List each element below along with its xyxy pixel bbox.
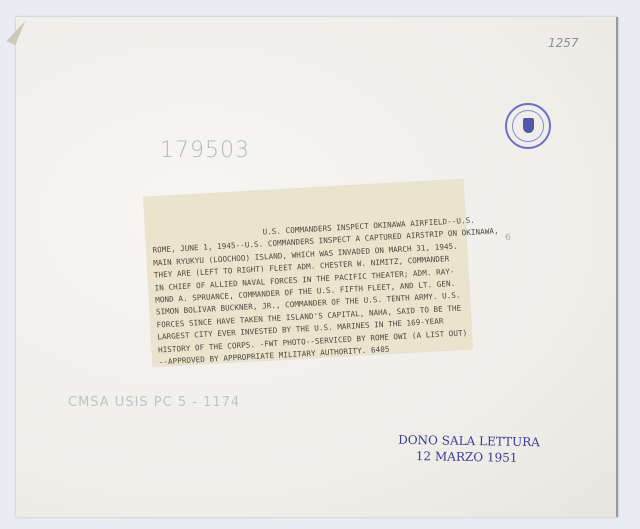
circular-ink-stamp [505, 103, 551, 149]
sheet-edge [616, 17, 618, 517]
handwritten-catalog-number: 1257 [548, 36, 579, 50]
caption-clipping: U.S. COMMANDERS INSPECT OKINAWA AIRFIELD… [144, 179, 473, 367]
handwritten-archive-reference: CMSA USIS PC 5 - 1174 [68, 395, 240, 410]
receipt-stamp: DONO SALA LETTURA 12 MARZO 1951 [398, 432, 540, 466]
pencil-mark: 6 [505, 233, 511, 243]
caption-text: U.S. COMMANDERS INSPECT OKINAWA AIRFIELD… [152, 215, 469, 369]
shield-icon [523, 118, 534, 133]
handwritten-photo-number: 179503 [160, 138, 250, 163]
receipt-stamp-date: 12 MARZO 1951 [398, 448, 540, 466]
